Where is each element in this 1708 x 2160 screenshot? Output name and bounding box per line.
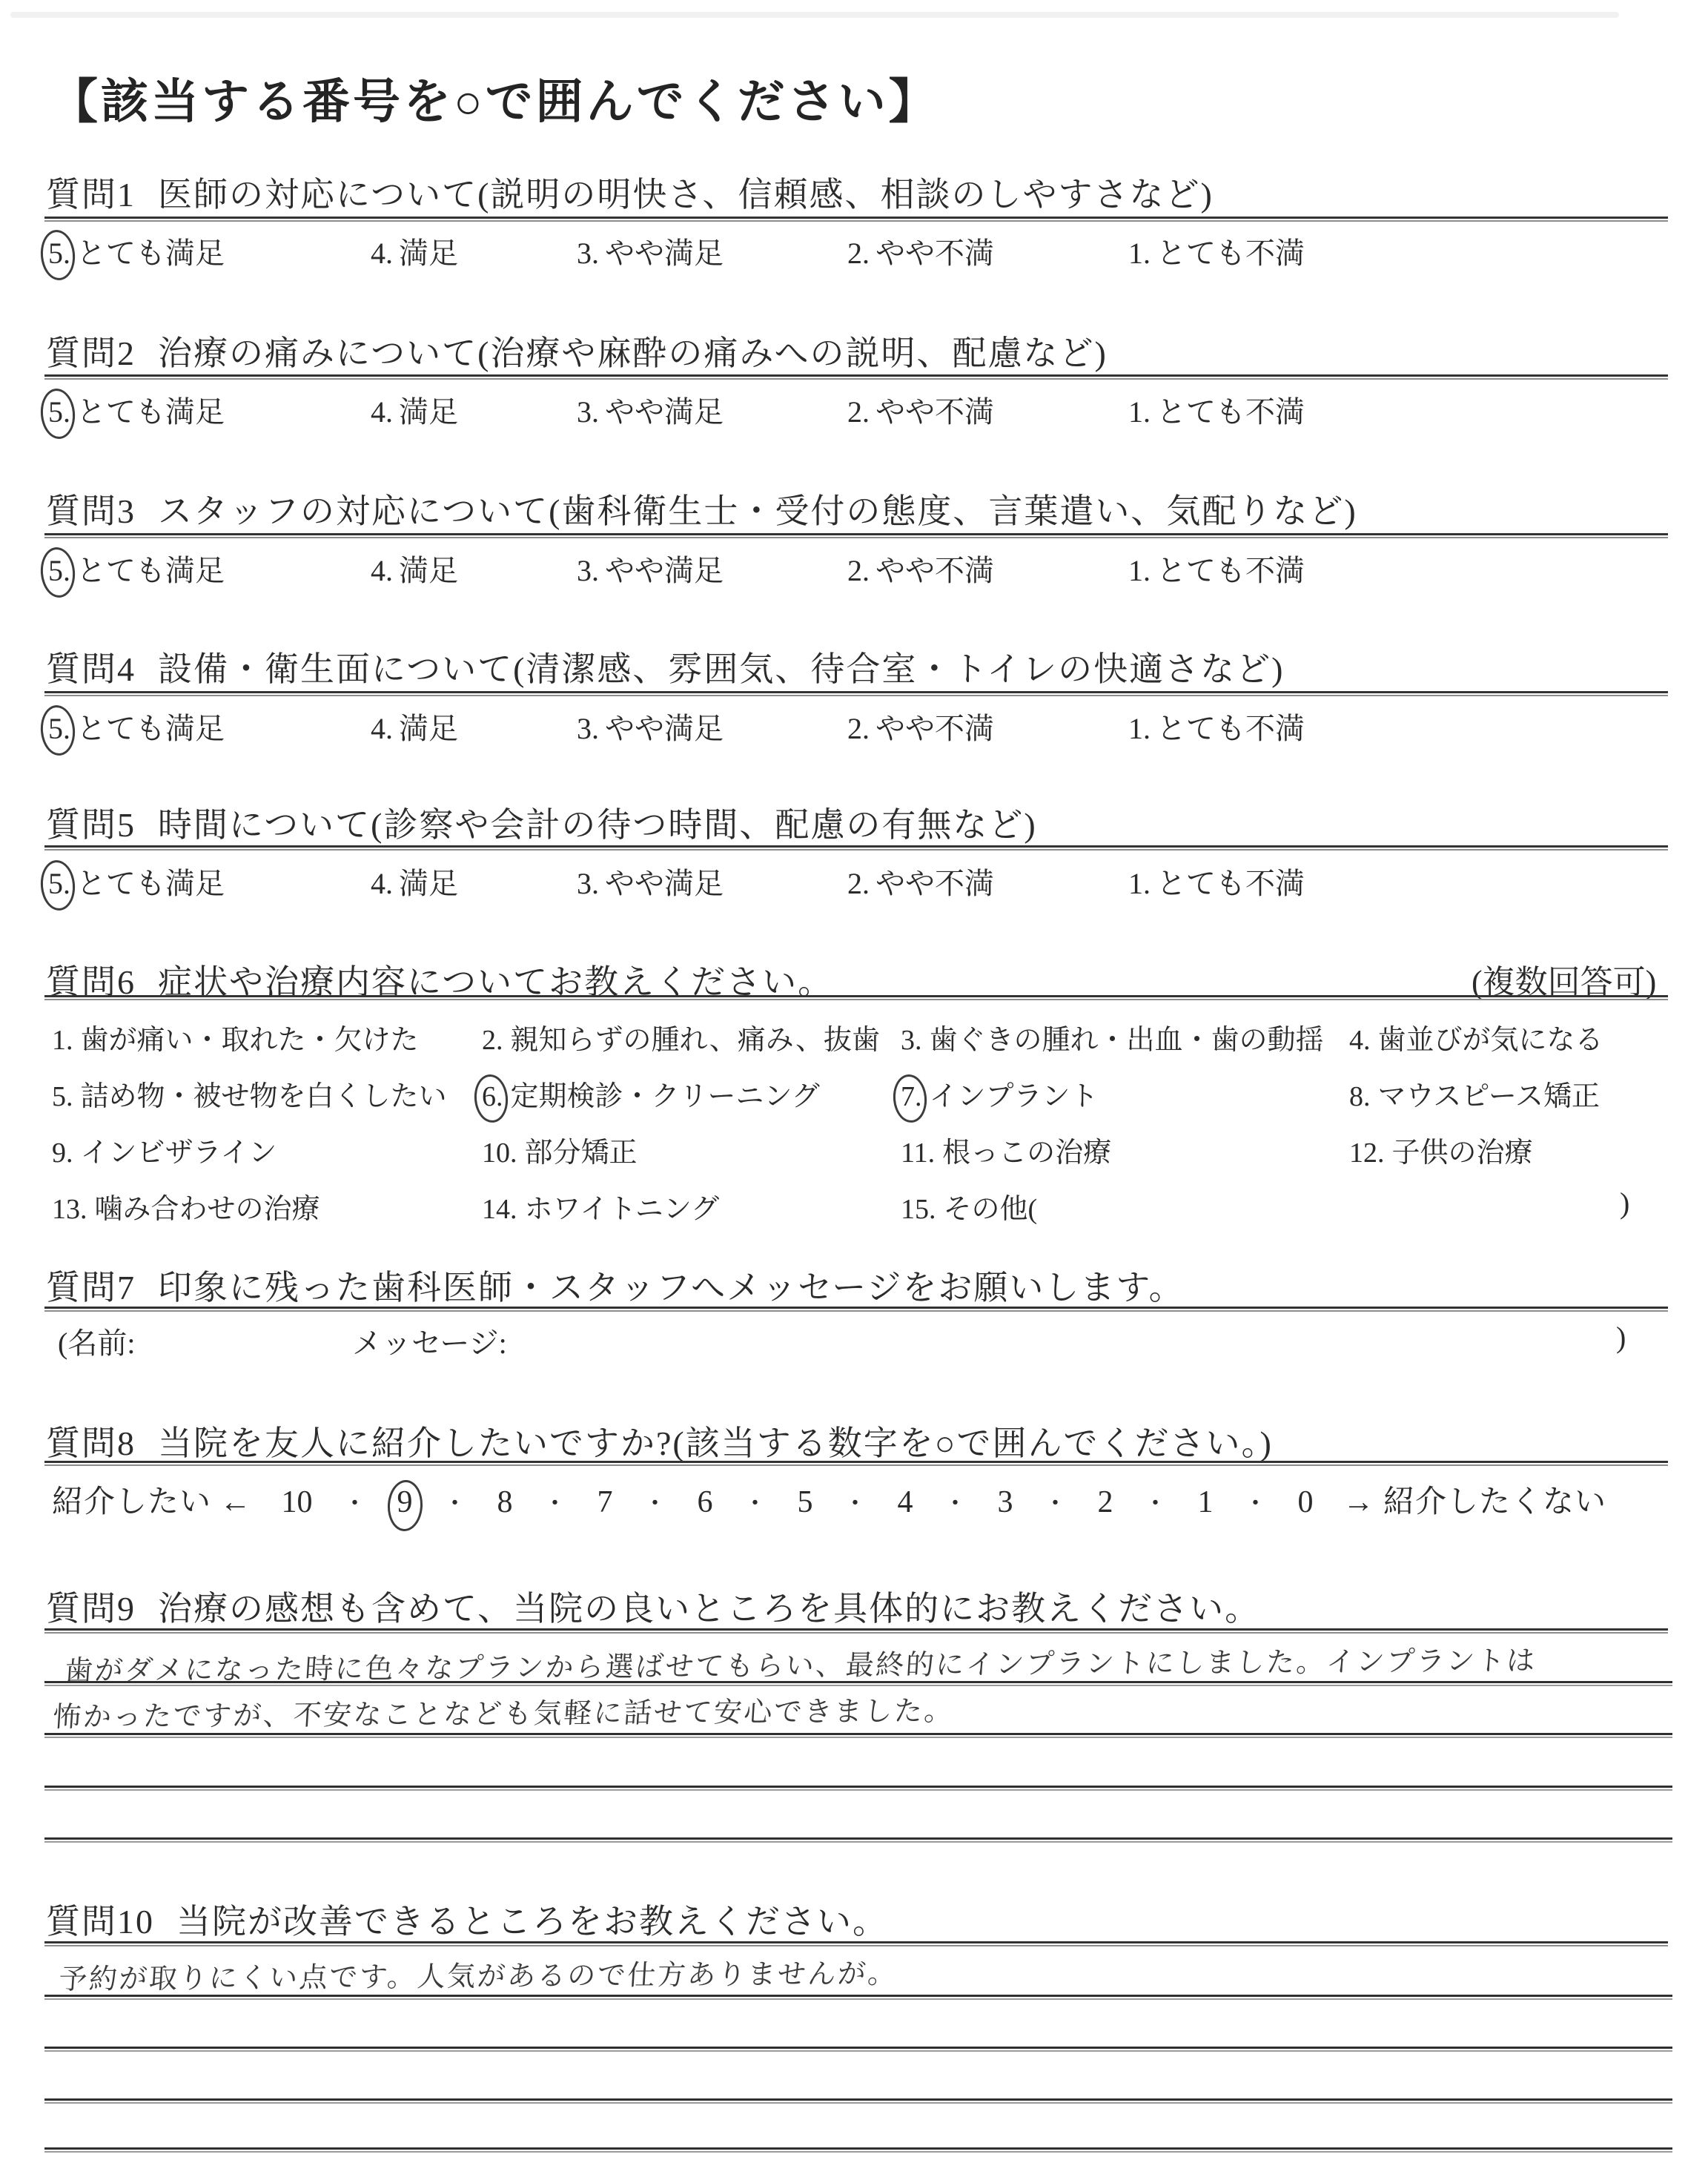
nps-2: 2 [1098, 1484, 1113, 1520]
dot-separator: ・ [843, 1483, 868, 1519]
question-8-number: 質問8 [46, 1424, 136, 1462]
nps-3: 3 [998, 1484, 1013, 1520]
question-5-title: 時間について(診察や会計の待つ時間、配慮の有無など) [158, 806, 1037, 844]
item-label: インプラント [930, 1081, 1099, 1112]
question-7-heading: 質問7印象に残った歯科医師・スタッフへメッセージをお願いします。 [46, 1261, 1185, 1309]
option-somewhat-satisfied: 3.やや満足 [577, 705, 724, 747]
section-divider [44, 374, 1668, 380]
nps-scale-row: 紹介したい ← 10 ・ 9 ・ 8 ・ 7 ・ 6 ・ 5 ・ 4 ・ 3 ・… [52, 1477, 1686, 1522]
question-7-number: 質問7 [46, 1269, 136, 1307]
option-label: とても不満 [1156, 395, 1305, 429]
answer-ruled-line [44, 2047, 1672, 2052]
name-field-label: (名前: [58, 1320, 135, 1362]
option-very-satisfied: 5.とても満足 [48, 230, 225, 272]
option-label: やや満足 [605, 712, 724, 745]
option-somewhat-dissatisfied: 2.やや不満 [847, 705, 994, 747]
scan-artifact [10, 12, 1619, 18]
nps-4: 4 [898, 1484, 913, 1520]
close-paren: ) [1616, 1320, 1626, 1355]
question-1-title: 医師の対応について(説明の明快さ、信頼感、相談のしやすさなど) [158, 176, 1214, 214]
survey-form-page: 【該当する番号を○で囲んでください】 質問1医師の対応について(説明の明快さ、信… [0, 0, 1708, 2160]
dot-separator: ・ [342, 1483, 368, 1519]
option-label: とても不満 [1156, 237, 1305, 270]
question-6-row-3: 9.インビザライン 10.部分矯正 11.根っこの治療 12.子供の治療 [0, 1129, 1708, 1171]
section-divider [44, 1307, 1668, 1312]
question-4-title: 設備・衛生面について(清潔感、雰囲気、待合室・トイレの快適さなど) [158, 650, 1284, 688]
answer-ruled-line [44, 2098, 1672, 2104]
circled-answer-mark: 6. [482, 1080, 503, 1113]
question-1-number: 質問1 [46, 176, 136, 214]
symptom-item-14: 14.ホワイトニング [482, 1186, 719, 1226]
question-6-row-2: 5.詰め物・被せ物を白くしたい 6.定期検診・クリーニング 7.インプラント 8… [0, 1073, 1708, 1114]
section-divider [44, 1941, 1668, 1946]
symptom-item-6: 6.定期検診・クリーニング [482, 1073, 820, 1114]
item-label: ホワイトニング [525, 1194, 720, 1225]
option-label: とても満足 [76, 237, 225, 270]
form-title: 【該当する番号を○で囲んでください】 [50, 64, 939, 132]
dot-separator: ・ [443, 1483, 468, 1519]
dot-separator: ・ [943, 1483, 968, 1519]
question-10-title: 当院が改善できるところをお教えください。 [176, 1903, 888, 1941]
question-10-number: 質問10 [46, 1903, 154, 1941]
question-4-heading: 質問4設備・衛生面について(清潔感、雰囲気、待合室・トイレの快適さなど) [46, 642, 1284, 691]
option-label: やや不満 [875, 395, 994, 429]
item-label: 定期検診・クリーニング [511, 1081, 820, 1112]
option-satisfied: 4.満足 [371, 547, 458, 589]
option-label: とても不満 [1156, 867, 1305, 900]
option-label: やや満足 [605, 867, 724, 900]
nps-7: 7 [598, 1484, 613, 1520]
question-4-number: 質問4 [46, 650, 136, 688]
nps-5: 5 [798, 1484, 813, 1520]
question-3-heading: 質問3スタッフの対応について(歯科衛生士・受付の態度、言葉遣い、気配りなど) [46, 484, 1357, 533]
question-1-heading: 質問1医師の対応について(説明の明快さ、信頼感、相談のしやすさなど) [46, 168, 1214, 217]
symptom-item-10: 10.部分矯正 [482, 1129, 638, 1170]
nps-right-label: → 紹介したくない [1343, 1477, 1607, 1522]
option-very-dissatisfied: 1.とても不満 [1128, 547, 1305, 589]
question-1-options: 5.とても満足 4.満足 3.やや満足 2.やや不満 1.とても不満 [0, 230, 1708, 274]
symptom-item-3: 3.歯ぐきの腫れ・出血・歯の動揺 [901, 1017, 1324, 1057]
option-very-satisfied: 5.とても満足 [48, 705, 225, 747]
item-label: 噛み合わせの治療 [95, 1194, 320, 1225]
option-satisfied: 4.満足 [371, 230, 458, 272]
item-label: 子供の治療 [1392, 1137, 1533, 1169]
question-3-options: 5.とても満足 4.満足 3.やや満足 2.やや不満 1.とても不満 [0, 547, 1708, 592]
option-satisfied: 4.満足 [371, 860, 458, 902]
option-somewhat-dissatisfied: 2.やや不満 [847, 860, 994, 902]
question-9-heading: 質問9治療の感想も含めて、当院の良いところを具体的にお教えください。 [46, 1582, 1260, 1631]
question-6-row-4: 13.噛み合わせの治療 14.ホワイトニング 15.その他( ) [0, 1186, 1708, 1227]
option-label: とても満足 [76, 554, 225, 587]
section-divider [44, 1461, 1668, 1466]
item-label: 根っこの治療 [942, 1137, 1111, 1169]
section-divider [44, 533, 1668, 538]
nps-6: 6 [698, 1484, 713, 1520]
section-divider [44, 1628, 1668, 1634]
nps-10: 10 [282, 1484, 313, 1520]
item-label: 詰め物・被せ物を白くしたい [81, 1081, 447, 1112]
option-very-dissatisfied: 1.とても不満 [1128, 860, 1305, 902]
section-divider [44, 691, 1668, 696]
option-label: やや不満 [875, 237, 994, 270]
question-8-title: 当院を友人に紹介したいですか?(該当する数字を○で囲んでください。) [158, 1424, 1273, 1462]
option-label: とても不満 [1156, 712, 1305, 745]
nps-0: 0 [1298, 1484, 1314, 1520]
dot-separator: ・ [1043, 1483, 1068, 1519]
item-label: 歯が痛い・取れた・欠けた [81, 1025, 419, 1056]
symptom-item-13: 13.噛み合わせの治療 [52, 1186, 320, 1226]
option-satisfied: 4.満足 [371, 389, 458, 431]
question-4-options: 5.とても満足 4.満足 3.やや満足 2.やや不満 1.とても不満 [0, 705, 1708, 750]
dot-separator: ・ [543, 1483, 568, 1519]
option-very-satisfied: 5.とても満足 [48, 389, 225, 431]
answer-ruled-line [44, 1995, 1672, 2000]
item-label: 親知らずの腫れ、痛み、抜歯 [511, 1025, 881, 1056]
nps-1: 1 [1198, 1484, 1214, 1520]
option-very-satisfied: 5.とても満足 [48, 547, 225, 589]
circled-answer-mark: 5. [48, 866, 70, 901]
question-5-heading: 質問5時間について(診察や会計の待つ時間、配慮の有無など) [46, 798, 1037, 847]
symptom-item-7: 7.インプラント [901, 1073, 1099, 1114]
circled-answer-mark: 5. [48, 394, 70, 429]
option-very-dissatisfied: 1.とても不満 [1128, 230, 1305, 272]
nps-8: 8 [497, 1484, 513, 1520]
circled-answer-mark: 5. [48, 711, 70, 746]
question-8-heading: 質問8当院を友人に紹介したいですか?(該当する数字を○で囲んでください。) [46, 1416, 1273, 1465]
dot-separator: ・ [643, 1483, 668, 1519]
section-divider [44, 217, 1668, 222]
option-label: とても満足 [76, 712, 225, 745]
item-label: マウスピース矯正 [1378, 1081, 1600, 1112]
handwritten-answer-line: 予約が取りにくい点です。人気があるので仕方ありませんが。 [58, 1950, 899, 1997]
symptom-item-2: 2.親知らずの腫れ、痛み、抜歯 [482, 1017, 880, 1057]
section-divider [44, 995, 1668, 1000]
answer-ruled-line [44, 1733, 1672, 1738]
option-label: 満足 [399, 712, 458, 745]
question-9-number: 質問9 [46, 1590, 136, 1628]
question-5-number: 質問5 [46, 806, 136, 844]
answer-ruled-line [44, 1681, 1672, 1686]
circled-answer-mark: 5. [48, 236, 70, 271]
circled-answer-mark: 5. [48, 553, 70, 588]
dot-separator: ・ [1243, 1483, 1268, 1519]
item-label: その他( [944, 1194, 1038, 1225]
symptom-item-4: 4.歯並びが気になる [1349, 1017, 1603, 1057]
symptom-item-8: 8.マウスピース矯正 [1349, 1073, 1600, 1114]
dot-separator: ・ [743, 1483, 768, 1519]
option-label: やや不満 [875, 712, 994, 745]
circled-answer-mark: 7. [901, 1080, 922, 1113]
question-3-number: 質問3 [46, 492, 136, 530]
question-9-title: 治療の感想も含めて、当院の良いところを具体的にお教えください。 [158, 1590, 1260, 1628]
option-satisfied: 4.満足 [371, 705, 458, 747]
item-label: 歯並びが気になる [1378, 1025, 1603, 1056]
question-2-title: 治療の痛みについて(治療や麻酔の痛みへの説明、配慮など) [158, 334, 1108, 372]
question-10-heading: 質問10当院が改善できるところをお教えください。 [46, 1895, 888, 1943]
option-somewhat-dissatisfied: 2.やや不満 [847, 230, 994, 272]
question-7-answer-row: (名前: メッセージ: ) [0, 1320, 1708, 1361]
symptom-item-11: 11.根っこの治療 [901, 1129, 1111, 1170]
answer-ruled-line [44, 1786, 1672, 1791]
option-very-satisfied: 5.とても満足 [48, 860, 225, 902]
answer-ruled-line [44, 1837, 1672, 1843]
question-3-title: スタッフの対応について(歯科衛生士・受付の態度、言葉遣い、気配りなど) [158, 492, 1357, 530]
option-label: やや満足 [605, 554, 724, 587]
question-5-options: 5.とても満足 4.満足 3.やや満足 2.やや不満 1.とても不満 [0, 860, 1708, 905]
option-label: やや満足 [605, 237, 724, 270]
symptom-item-15-other: 15.その他( [901, 1186, 1037, 1226]
question-6-row-1: 1.歯が痛い・取れた・欠けた 2.親知らずの腫れ、痛み、抜歯 3.歯ぐきの腫れ・… [0, 1017, 1708, 1058]
symptom-item-9: 9.インビザライン [52, 1129, 277, 1170]
handwritten-answer-line: 怖かったですが、不安なことなども気軽に話せて安心できました。 [52, 1688, 956, 1734]
option-label: やや不満 [875, 867, 994, 900]
circled-answer-mark: 9 [397, 1484, 413, 1520]
section-divider [44, 845, 1668, 851]
answer-ruled-line [44, 2147, 1672, 2153]
item-label: 歯ぐきの腫れ・出血・歯の動揺 [930, 1025, 1324, 1056]
option-somewhat-dissatisfied: 2.やや不満 [847, 547, 994, 589]
option-label: やや不満 [875, 554, 994, 587]
option-somewhat-satisfied: 3.やや満足 [577, 230, 724, 272]
question-2-number: 質問2 [46, 334, 136, 372]
item-label: 部分矯正 [525, 1137, 638, 1169]
option-somewhat-satisfied: 3.やや満足 [577, 860, 724, 902]
option-somewhat-dissatisfied: 2.やや不満 [847, 389, 994, 431]
question-7-title: 印象に残った歯科医師・スタッフへメッセージをお願いします。 [158, 1269, 1185, 1307]
item-label: インビザライン [81, 1137, 277, 1169]
option-very-dissatisfied: 1.とても不満 [1128, 705, 1305, 747]
option-somewhat-satisfied: 3.やや満足 [577, 547, 724, 589]
message-field-label: メッセージ: [352, 1320, 507, 1362]
question-2-options: 5.とても満足 4.満足 3.やや満足 2.やや不満 1.とても不満 [0, 389, 1708, 433]
option-label: とても不満 [1156, 554, 1305, 587]
other-close-paren: ) [1620, 1186, 1629, 1221]
option-label: やや満足 [605, 395, 724, 429]
option-label: とても満足 [76, 867, 225, 900]
dot-separator: ・ [1143, 1483, 1168, 1519]
question-2-heading: 質問2治療の痛みについて(治療や麻酔の痛みへの説明、配慮など) [46, 326, 1108, 375]
option-very-dissatisfied: 1.とても不満 [1128, 389, 1305, 431]
option-label: 満足 [399, 395, 458, 429]
option-label: 満足 [399, 554, 458, 587]
symptom-item-1: 1.歯が痛い・取れた・欠けた [52, 1017, 419, 1057]
option-label: 満足 [399, 237, 458, 270]
nps-left-label: 紹介したい ← [52, 1477, 252, 1522]
symptom-item-12: 12.子供の治療 [1349, 1129, 1533, 1170]
symptom-item-5: 5.詰め物・被せ物を白くしたい [52, 1073, 447, 1114]
option-label: 満足 [399, 867, 458, 900]
option-label: とても満足 [76, 395, 225, 429]
option-somewhat-satisfied: 3.やや満足 [577, 389, 724, 431]
